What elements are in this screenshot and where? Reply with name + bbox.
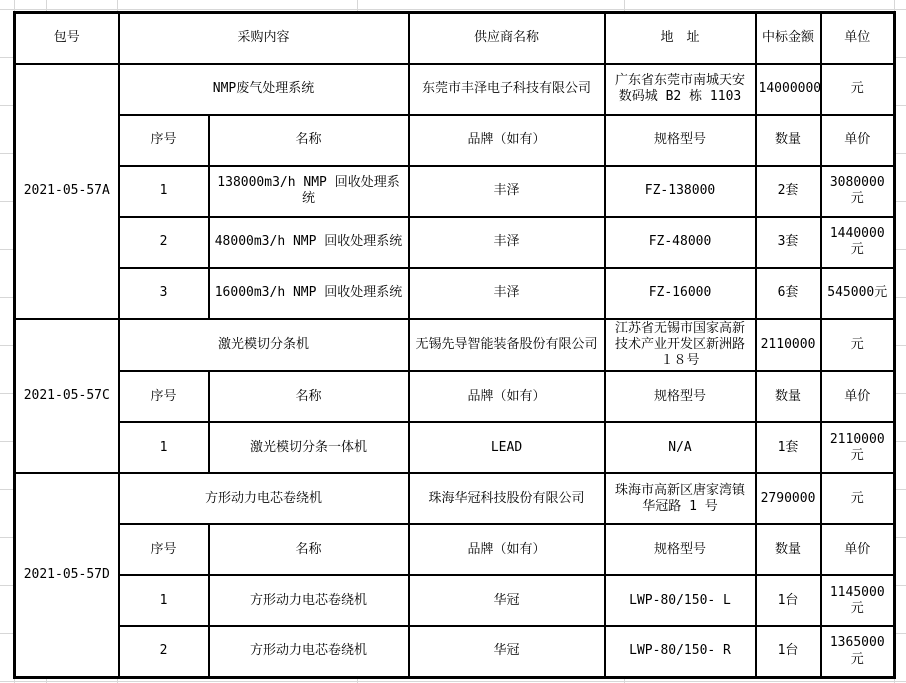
package-summary-row: 2021-05-57D 方形动力电芯卷绕机 珠海华冠科技股份有限公司 珠海市高新… xyxy=(15,473,895,524)
subcol-header-model: 规格型号 xyxy=(605,115,756,166)
item-price-cell: 2110000元 xyxy=(821,422,895,473)
item-qty-cell: 6套 xyxy=(756,268,821,319)
subcol-header-brand: 品牌（如有） xyxy=(409,115,605,166)
subcol-header-index: 序号 xyxy=(119,115,209,166)
package-summary-row: 2021-05-57C 激光模切分条机 无锡先导智能装备股份有限公司 江苏省无锡… xyxy=(15,319,895,372)
item-brand-cell: 丰泽 xyxy=(409,166,605,217)
content-cell: 激光模切分条机 xyxy=(119,319,409,372)
unit-cell: 元 xyxy=(821,64,895,115)
item-name-cell: 48000m3/h NMP 回收处理系统 xyxy=(209,217,409,268)
supplier-cell: 珠海华冠科技股份有限公司 xyxy=(409,473,605,524)
subcol-header-brand: 品牌（如有） xyxy=(409,371,605,422)
item-model-cell: LWP-80/150- R xyxy=(605,626,756,677)
subcol-header-brand: 品牌（如有） xyxy=(409,524,605,575)
item-name-cell: 方形动力电芯卷绕机 xyxy=(209,575,409,626)
item-name-cell: 激光模切分条一体机 xyxy=(209,422,409,473)
item-row: 1 138000m3/h NMP 回收处理系统 丰泽 FZ-138000 2套 … xyxy=(15,166,895,217)
award-table: 包号 采购内容 供应商名称 地 址 中标金额 单位 2021-05-57A NM… xyxy=(13,11,896,679)
item-price-cell: 3080000元 xyxy=(821,166,895,217)
amount-cell: 2790000 xyxy=(756,473,821,524)
subcol-header-qty: 数量 xyxy=(756,371,821,422)
item-price-cell: 1440000元 xyxy=(821,217,895,268)
content-cell: 方形动力电芯卷绕机 xyxy=(119,473,409,524)
package-no-cell: 2021-05-57C xyxy=(15,319,119,474)
item-qty-cell: 1台 xyxy=(756,575,821,626)
address-cell: 珠海市高新区唐家湾镇 华冠路 1 号 xyxy=(605,473,756,524)
item-row: 1 方形动力电芯卷绕机 华冠 LWP-80/150- L 1台 1145000元 xyxy=(15,575,895,626)
item-row: 2 方形动力电芯卷绕机 华冠 LWP-80/150- R 1台 1365000元 xyxy=(15,626,895,677)
item-index-cell: 1 xyxy=(119,166,209,217)
item-brand-cell: 丰泽 xyxy=(409,268,605,319)
subcol-header-model: 规格型号 xyxy=(605,371,756,422)
items-subheader-row: 序号 名称 品牌（如有） 规格型号 数量 单价 xyxy=(15,371,895,422)
item-index-cell: 2 xyxy=(119,217,209,268)
item-qty-cell: 1套 xyxy=(756,422,821,473)
item-model-cell: N/A xyxy=(605,422,756,473)
subcol-header-price: 单价 xyxy=(821,115,895,166)
item-model-cell: FZ-16000 xyxy=(605,268,756,319)
spreadsheet-background: 包号 采购内容 供应商名称 地 址 中标金额 单位 2021-05-57A NM… xyxy=(0,0,906,683)
header-row: 包号 采购内容 供应商名称 地 址 中标金额 单位 xyxy=(15,13,895,64)
item-index-cell: 1 xyxy=(119,575,209,626)
item-model-cell: FZ-138000 xyxy=(605,166,756,217)
col-header-address: 地 址 xyxy=(605,13,756,64)
package-no-cell: 2021-05-57A xyxy=(15,64,119,319)
items-subheader-row: 序号 名称 品牌（如有） 规格型号 数量 单价 xyxy=(15,115,895,166)
item-model-cell: FZ-48000 xyxy=(605,217,756,268)
subcol-header-index: 序号 xyxy=(119,524,209,575)
item-name-cell: 138000m3/h NMP 回收处理系统 xyxy=(209,166,409,217)
supplier-cell: 无锡先导智能装备股份有限公司 xyxy=(409,319,605,372)
subcol-header-name: 名称 xyxy=(209,524,409,575)
package-summary-row: 2021-05-57A NMP废气处理系统 东莞市丰泽电子科技有限公司 广东省东… xyxy=(15,64,895,115)
unit-cell: 元 xyxy=(821,473,895,524)
subcol-header-price: 单价 xyxy=(821,371,895,422)
item-price-cell: 1145000元 xyxy=(821,575,895,626)
item-name-cell: 方形动力电芯卷绕机 xyxy=(209,626,409,677)
col-header-unit: 单位 xyxy=(821,13,895,64)
address-cell: 江苏省无锡市国家高新 技术产业开发区新洲路 １８号 xyxy=(605,319,756,372)
col-header-package: 包号 xyxy=(15,13,119,64)
item-brand-cell: LEAD xyxy=(409,422,605,473)
item-price-cell: 1365000元 xyxy=(821,626,895,677)
subcol-header-model: 规格型号 xyxy=(605,524,756,575)
items-subheader-row: 序号 名称 品牌（如有） 规格型号 数量 单价 xyxy=(15,524,895,575)
subcol-header-qty: 数量 xyxy=(756,524,821,575)
item-name-cell: 16000m3/h NMP 回收处理系统 xyxy=(209,268,409,319)
item-brand-cell: 华冠 xyxy=(409,626,605,677)
item-price-cell: 545000元 xyxy=(821,268,895,319)
item-qty-cell: 2套 xyxy=(756,166,821,217)
subcol-header-qty: 数量 xyxy=(756,115,821,166)
item-row: 2 48000m3/h NMP 回收处理系统 丰泽 FZ-48000 3套 14… xyxy=(15,217,895,268)
col-header-supplier: 供应商名称 xyxy=(409,13,605,64)
address-cell: 广东省东莞市南城天安 数码城 B2 栋 1103 xyxy=(605,64,756,115)
unit-cell: 元 xyxy=(821,319,895,372)
col-header-amount: 中标金额 xyxy=(756,13,821,64)
item-brand-cell: 丰泽 xyxy=(409,217,605,268)
item-index-cell: 3 xyxy=(119,268,209,319)
item-index-cell: 2 xyxy=(119,626,209,677)
amount-cell: 2110000 xyxy=(756,319,821,372)
item-row: 3 16000m3/h NMP 回收处理系统 丰泽 FZ-16000 6套 54… xyxy=(15,268,895,319)
item-model-cell: LWP-80/150- L xyxy=(605,575,756,626)
item-index-cell: 1 xyxy=(119,422,209,473)
item-row: 1 激光模切分条一体机 LEAD N/A 1套 2110000元 xyxy=(15,422,895,473)
content-cell: NMP废气处理系统 xyxy=(119,64,409,115)
col-header-content: 采购内容 xyxy=(119,13,409,64)
amount-cell: 14000000 xyxy=(756,64,821,115)
package-no-cell: 2021-05-57D xyxy=(15,473,119,677)
supplier-cell: 东莞市丰泽电子科技有限公司 xyxy=(409,64,605,115)
subcol-header-price: 单价 xyxy=(821,524,895,575)
item-qty-cell: 1台 xyxy=(756,626,821,677)
subcol-header-index: 序号 xyxy=(119,371,209,422)
subcol-header-name: 名称 xyxy=(209,371,409,422)
item-qty-cell: 3套 xyxy=(756,217,821,268)
item-brand-cell: 华冠 xyxy=(409,575,605,626)
subcol-header-name: 名称 xyxy=(209,115,409,166)
